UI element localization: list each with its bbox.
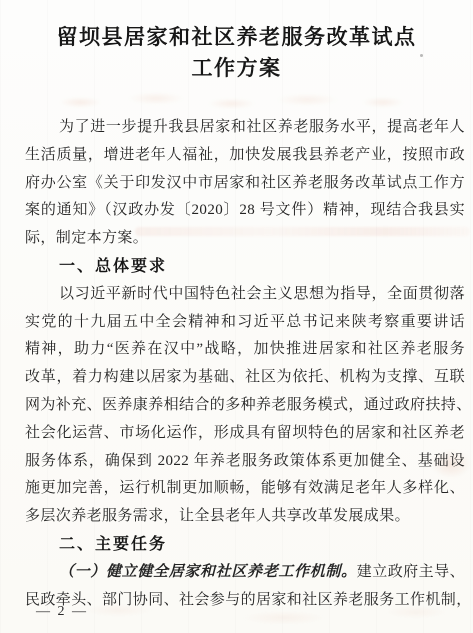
para1-line-4: 案的通知》（汉政办发〔2020〕28 号文件）精神，现结合我县实 — [25, 197, 465, 225]
page-number: — 2 — — [36, 604, 88, 620]
para2-line-5: 网为补充、医养康养相结合的多种养老服务模式，通过政府扶持、 — [25, 392, 465, 420]
title-line-2: 工作方案 — [0, 53, 473, 84]
document-title: 留坝县居家和社区养老服务改革试点 工作方案 — [0, 22, 473, 84]
para2-line-4: 改革，着力构建以居家为基础、社区为依托、机构为支撑、互联 — [25, 364, 465, 392]
para2-line-1: 以习近平新时代中国特色社会主义思想为指导，全面贯彻落 — [25, 281, 465, 309]
para3-rest-text: 建立政府主导、 — [357, 564, 465, 580]
para1-line-2: 生活质量，增进老年人福祉，加快发展我县养老产业，按照市政 — [25, 142, 465, 170]
para3-lead-sentence: （一）健立健全居家和社区养老工作机制。 — [59, 564, 357, 580]
para2-line-3: 精神，助力“医养在汉中”战略，加快推进居家和社区养老服务 — [25, 336, 465, 364]
para1-line-5: 际，制定本方案。 — [25, 225, 465, 253]
document-body: 为了进一步提升我县居家和社区养老服务水平，提高老年人 生活质量，增进老年人福祉，… — [25, 114, 465, 614]
para1-line-1: 为了进一步提升我县居家和社区养老服务水平，提高老年人 — [25, 114, 465, 142]
para3-line-1: （一）健立健全居家和社区养老工作机制。建立政府主导、 — [25, 559, 465, 587]
section-heading-2: 二、主要任务 — [25, 531, 465, 559]
scan-bleedthrough-band — [30, 88, 450, 114]
para1-line-3: 府办公室《关于印发汉中市居家和社区养老服务改革试点工作方 — [25, 170, 465, 198]
section-heading-1: 一、总体要求 — [25, 253, 465, 281]
para3-line-2: 民政牵头、部门协同、社会参与的居家和社区养老服务工作机制， — [25, 587, 465, 615]
title-line-1: 留坝县居家和社区养老服务改革试点 — [0, 22, 473, 53]
para2-line-6: 社会化运营、市场化运作，形成具有留坝特色的居家和社区养老 — [25, 420, 465, 448]
para2-line-8: 施更加完善，运行机制更加顺畅，能够有效满足老年人多样化、 — [25, 475, 465, 503]
para2-line-2: 实党的十九届五中全会精神和习近平总书记来陕考察重要讲话 — [25, 309, 465, 337]
document-page: 留坝县居家和社区养老服务改革试点 工作方案 为了进一步提升我县居家和社区养老服务… — [0, 0, 473, 633]
para2-line-9: 多层次养老服务需求，让全县老年人共享改革发展成果。 — [25, 503, 465, 531]
para2-line-7: 服务体系，确保到 2022 年养老服务政策体系更加健全、基础设 — [25, 448, 465, 476]
